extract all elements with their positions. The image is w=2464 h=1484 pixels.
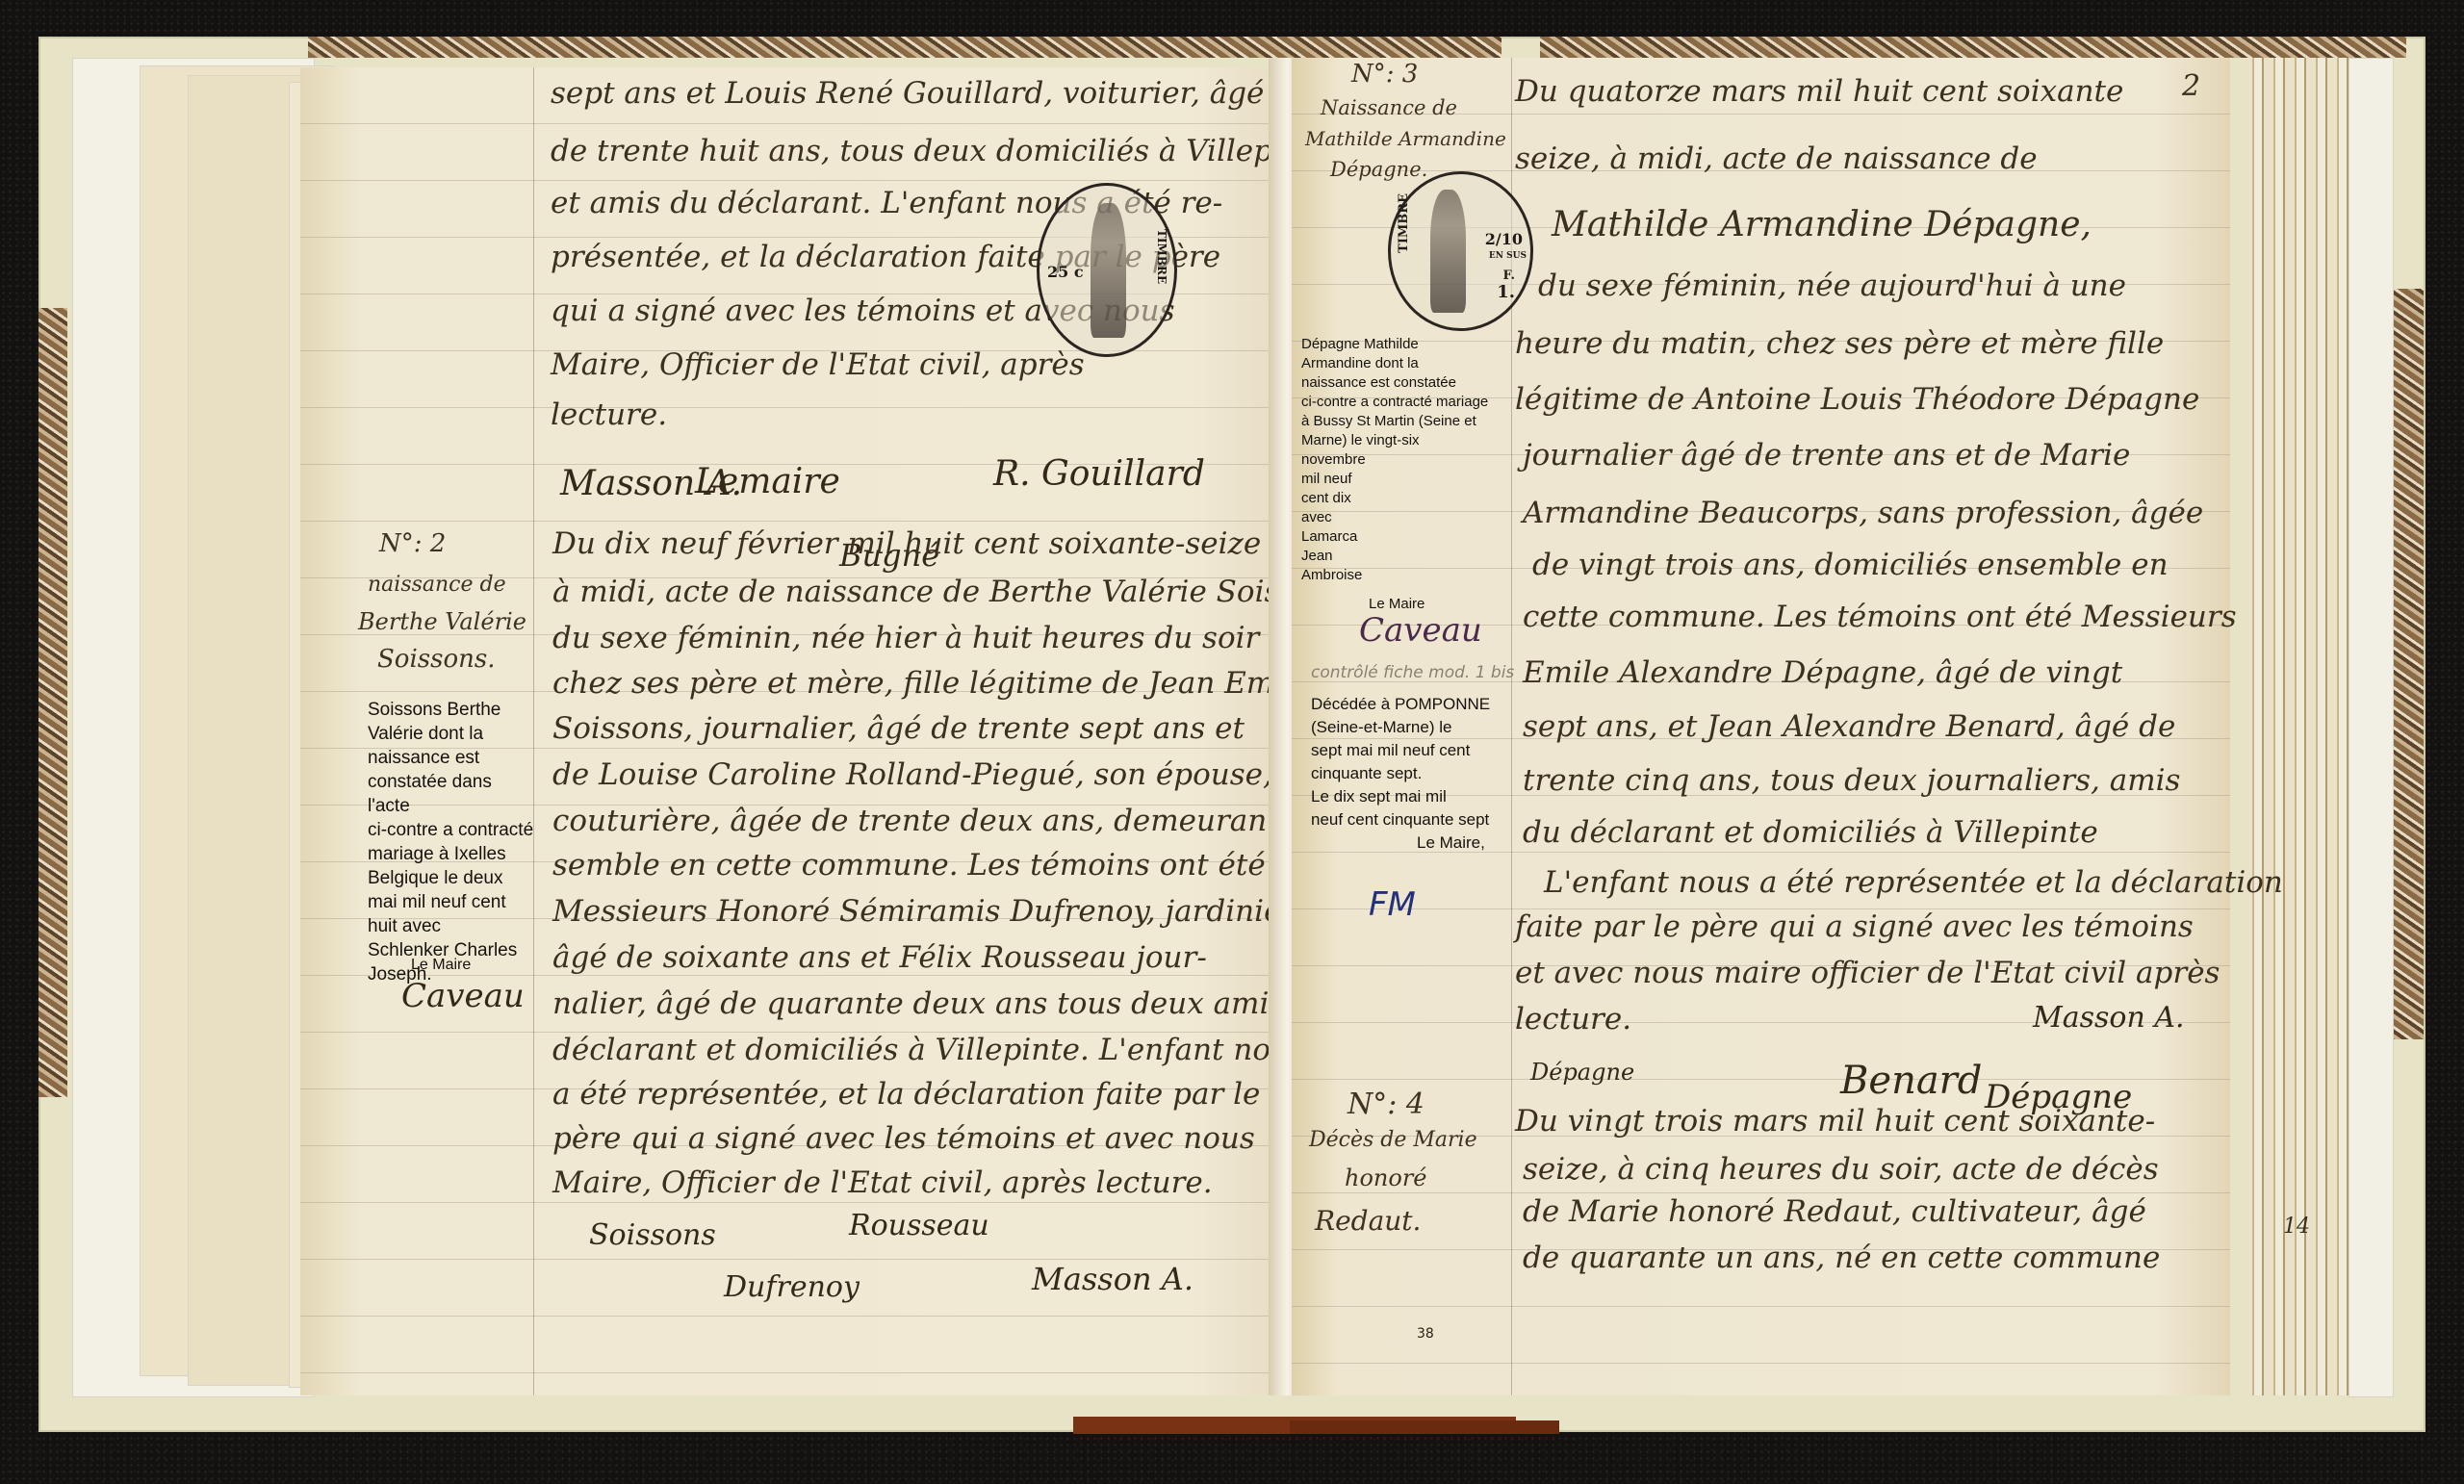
text-line: semble en cette commune. Les témoins ont… (552, 851, 1266, 881)
stamp-label: TIMBRE (1155, 229, 1168, 284)
entry-title: Soissons. (377, 645, 495, 674)
text-line: couturière, âgée de trente deux ans, dem… (552, 806, 1335, 836)
annotation-line: (Seine-et-Marne) le (1311, 716, 1532, 739)
mayor-signature: Caveau (401, 977, 525, 1015)
text-line: à midi, acte de naissance de Berthe Valé… (552, 577, 1347, 607)
marriage-annotation: Soissons Berthe Valérie dont la naissanc… (368, 698, 536, 986)
text-line: du sexe féminin, née hier à huit heures … (552, 624, 1259, 653)
entry-number: N°: 4 (1347, 1087, 1424, 1121)
text-line: de vingt trois ans, domiciliés ensemble … (1532, 550, 2169, 580)
left-page: sept ans et Louis René Gouillard, voitur… (300, 67, 1292, 1395)
text-line: heure du matin, chez ses père et mère fi… (1515, 329, 2164, 359)
annotation-line: cent dix (1301, 489, 1508, 508)
annotation-line: Marne) le vingt-six (1301, 431, 1508, 450)
annotation-line: Décédée à POMPONNE (1311, 693, 1532, 716)
signature: Soissons (589, 1218, 716, 1252)
text-line: faite par le père qui a signé avec les t… (1515, 912, 2194, 942)
annotation-line: mariage à Ixelles (368, 842, 536, 866)
edge-mark: 14 (2283, 1215, 2310, 1239)
text-line: Du dix neuf février mil huit cent soixan… (552, 529, 1261, 559)
text-line: de Marie honoré Redaut, cultivateur, âgé (1523, 1197, 2146, 1227)
right-leaf-stack (2348, 58, 2394, 1397)
folio-number: 2 (2182, 69, 2200, 103)
text-line: de quarante un ans, né en cette commune (1523, 1243, 2160, 1273)
annotation-line: Armandine dont la (1301, 354, 1508, 373)
justice-figure-icon (1430, 190, 1467, 313)
marbled-edge-top-left (308, 37, 1501, 58)
annotation-line: Valérie dont la (368, 722, 536, 746)
text-line: seize, à cinq heures du soir, acte de dé… (1523, 1155, 2159, 1185)
text-line: Messieurs Honoré Sémiramis Dufrenoy, jar… (552, 897, 1296, 927)
annotation-line: Ambroise (1301, 566, 1508, 585)
text-line: Du vingt trois mars mil huit cent soixan… (1515, 1107, 2155, 1137)
annotation-line: mil neuf (1301, 470, 1508, 489)
text-line: a été représentée, et la déclaration fai… (552, 1080, 1260, 1110)
text-line: Mathilde Armandine Dépagne, (1552, 208, 2092, 243)
tax-stamp: TIMBRE 25 c (1037, 183, 1177, 357)
text-line: lecture. (1515, 1005, 1631, 1035)
signature: Masson A. (2033, 1001, 2185, 1035)
signature: Masson A. (1032, 1261, 1193, 1297)
entry-title: Décès de Marie (1309, 1128, 1477, 1152)
entry-title: honoré (1345, 1164, 1427, 1191)
right-page: 2 N°: 3 Naissance de Mathilde Armandine … (1292, 58, 2230, 1395)
text-line: trente cinq ans, tous deux journaliers, … (1523, 766, 2180, 796)
annotation-line: mai mil neuf cent (368, 890, 536, 914)
annotation-line: cinquante sept. (1311, 762, 1532, 785)
control-note: contrôlé fiche mod. 1 bis (1311, 662, 1514, 683)
annotation-line: ci-contre a contracté (368, 818, 536, 842)
entry-title: naissance de (368, 573, 506, 597)
text-line: Maire, Officier de l'Etat civil, après l… (552, 1168, 1213, 1198)
entry-number: N°: 3 (1351, 60, 1418, 89)
annotation-line: constatée dans l'acte (368, 770, 536, 818)
marbled-edge-top-right (1540, 37, 2406, 58)
text-line: du sexe féminin, née aujourd'hui à une (1538, 271, 2126, 301)
stamp-value: EN SUS (1489, 251, 1527, 261)
text-line: chez ses père et mère, fille légitime de… (552, 669, 1311, 699)
annotation-line: Le Maire, (1311, 832, 1532, 855)
stamp-value: 2/10 (1485, 230, 1523, 248)
text-line: du déclarant et domiciliés à Villepinte (1523, 818, 2098, 848)
text-line: L'enfant nous a été représentée et la dé… (1544, 868, 2283, 898)
signature: Dépagne (1530, 1059, 1634, 1086)
signature: Benard (1840, 1059, 1982, 1103)
annotation-line: huit avec (368, 914, 536, 938)
text-line: de trente huit ans, tous deux domiciliés… (551, 137, 1331, 166)
annotation-line: novembre (1301, 450, 1508, 470)
text-line: et avec nous maire officier de l'Etat ci… (1515, 959, 2220, 988)
text-line: Emile Alexandre Dépagne, âgé de vingt (1523, 658, 2122, 688)
mayor-signature: Caveau (1359, 611, 1482, 650)
entry-title: Berthe Valérie (358, 608, 526, 635)
text-line: Du quatorze mars mil huit cent soixante (1515, 77, 2123, 107)
marbled-edge-left (38, 308, 67, 1097)
text-line: sept ans et Louis René Gouillard, voitur… (551, 79, 1264, 109)
justice-figure-icon (1091, 203, 1125, 338)
entry-title: Redaut. (1315, 1205, 1421, 1237)
text-line: père qui a signé avec les témoins et ave… (552, 1124, 1255, 1154)
annotation-line: Soissons Berthe (368, 698, 536, 722)
mayor-label: Le Maire (411, 953, 471, 977)
tax-stamp: TIMBRE 2/10 EN SUS F. 1. (1388, 171, 1533, 331)
text-line: nalier, âgé de quarante deux ans tous de… (552, 989, 1332, 1019)
text-line: lecture. (551, 400, 667, 430)
signature: Rousseau (849, 1209, 989, 1242)
stamp-value: 1. (1497, 282, 1515, 302)
entry-title: Dépagne. (1330, 158, 1427, 181)
text-line: cette commune. Les témoins ont été Messi… (1523, 602, 2237, 632)
text-line: Soissons, journalier, âgé de trente sept… (552, 714, 1245, 744)
signature: Lemaire (695, 462, 840, 501)
annotation-line: ci-contre a contracté mariage (1301, 393, 1508, 412)
entry-title: Naissance de (1321, 96, 1457, 119)
blue-ink-signature: FM (1369, 885, 1416, 924)
annotation-line: à Bussy St Martin (Seine et (1301, 412, 1508, 431)
annotation-line: Jean (1301, 547, 1508, 566)
stamp-value: 25 c (1047, 263, 1084, 281)
page-number: 38 (1417, 1326, 1434, 1342)
text-line: journalier âgé de trente ans et de Marie (1523, 441, 2130, 471)
annotation-line: naissance est (368, 746, 536, 770)
text-line: seize, à midi, acte de naissance de (1515, 144, 2038, 174)
signature: R. Gouillard (993, 454, 1205, 494)
marriage-annotation: Dépagne Mathilde Armandine dont la naiss… (1301, 335, 1508, 585)
stamp-value: F. (1503, 269, 1515, 283)
annotation-line: neuf cent cinquante sept (1311, 808, 1532, 832)
annotation-line: avec (1301, 508, 1508, 527)
text-line: déclarant et domiciliés à Villepinte. L'… (552, 1036, 1305, 1065)
annotation-line: Lamarca (1301, 527, 1508, 547)
death-annotation: Décédée à POMPONNE (Seine-et-Marne) le s… (1311, 693, 1532, 855)
annotation-line: Dépagne Mathilde (1301, 335, 1508, 354)
annotation-line: naissance est constatée (1301, 373, 1508, 393)
text-line: Armandine Beaucorps, sans profession, âg… (1523, 499, 2203, 528)
stamp-label: TIMBRE (1397, 193, 1411, 253)
annotation-line: Belgique le deux (368, 866, 536, 890)
text-line: légitime de Antoine Louis Théodore Dépag… (1515, 385, 2199, 415)
spine-binding (1290, 1420, 1559, 1434)
entry-number: N°: 2 (379, 529, 446, 558)
text-line: sept ans, et Jean Alexandre Benard, âgé … (1523, 712, 2175, 742)
entry-title: Mathilde Armandine (1305, 127, 1506, 150)
annotation-line: Le dix sept mai mil (1311, 785, 1532, 808)
text-line: Maire, Officier de l'Etat civil, après (551, 350, 1085, 380)
text-line: de Louise Caroline Rolland-Piegué, son é… (552, 760, 1272, 790)
annotation-line: sept mai mil neuf cent (1311, 739, 1532, 762)
text-line: âgé de soixante ans et Félix Rousseau jo… (552, 943, 1207, 973)
signature: Dufrenoy (724, 1270, 860, 1304)
